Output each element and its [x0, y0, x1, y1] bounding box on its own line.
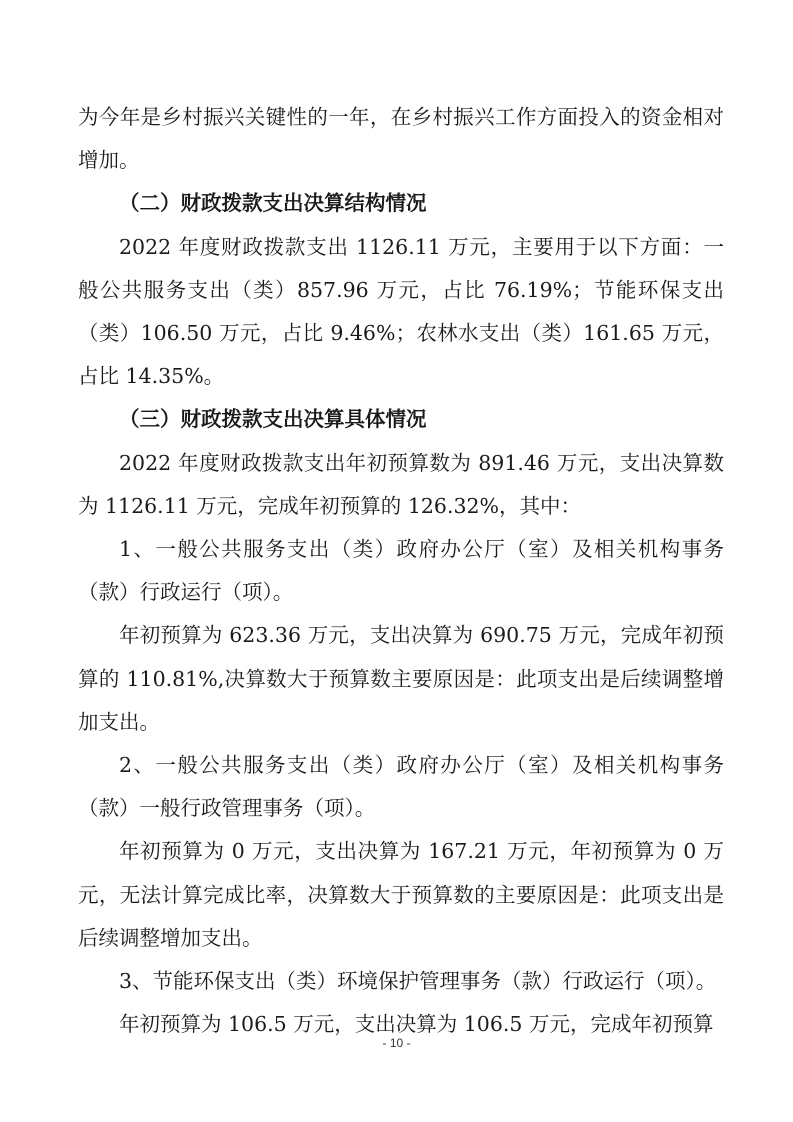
document-page: 为今年是乡村振兴关键性的一年，在乡村振兴工作方面投入的资金相对增加。 （二）财政…	[78, 96, 724, 1046]
item-3-title: 3、节能环保支出（类）环境保护管理事务（款）行政运行（项）。	[78, 960, 724, 1003]
paragraph-continuation: 为今年是乡村振兴关键性的一年，在乡村振兴工作方面投入的资金相对增加。	[78, 96, 724, 182]
item-2-title: 2、一般公共服务支出（类）政府办公厅（室）及相关机构事务（款）一般行政管理事务（…	[78, 744, 724, 830]
paragraph-structure: 2022 年度财政拨款支出 1126.11 万元，主要用于以下方面：一般公共服务…	[78, 226, 724, 399]
section-heading-3: （三）财政拨款支出决算具体情况	[78, 398, 724, 441]
page-number: - 10 -	[0, 1036, 793, 1050]
item-1-title: 1、一般公共服务支出（类）政府办公厅（室）及相关机构事务（款）行政运行（项）。	[78, 528, 724, 614]
paragraph-overview: 2022 年度财政拨款支出年初预算数为 891.46 万元，支出决算数为 112…	[78, 442, 724, 528]
section-heading-2: （二）财政拨款支出决算结构情况	[78, 182, 724, 225]
item-1-detail: 年初预算为 623.36 万元，支出决算为 690.75 万元，完成年初预算的 …	[78, 614, 724, 744]
item-2-detail: 年初预算为 0 万元，支出决算为 167.21 万元，年初预算为 0 万元，无法…	[78, 830, 724, 960]
